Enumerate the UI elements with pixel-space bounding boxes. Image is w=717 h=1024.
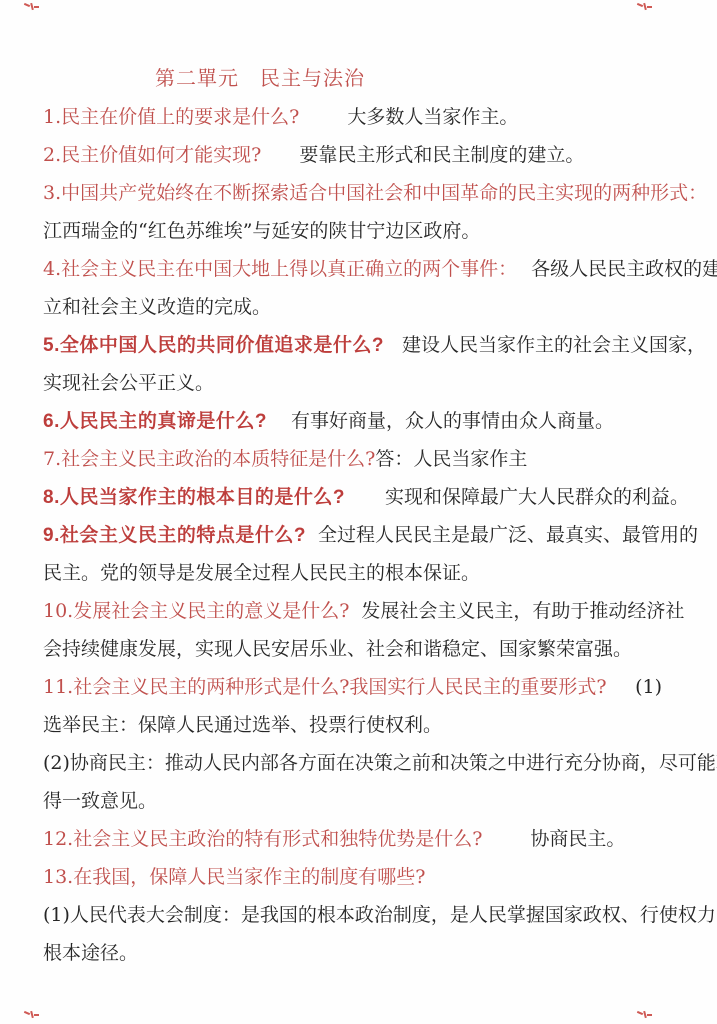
answer-text: 实现社会公平正义。	[43, 372, 214, 394]
text-line: (2)协商民主：推动人民内部各方面在决策之前和决策之中进行充分协商，尽可能取	[43, 744, 692, 782]
text-line: 实现社会公平正义。	[43, 364, 692, 402]
answer-text: 大多数人当家作主。	[347, 106, 518, 128]
document-page: 第二單元 民主与法治 1.民主在价值上的要求是什么?大多数人当家作主。2.民主价…	[0, 0, 717, 1024]
question-text: 5.全体中国人民的共同价值追求是什么?	[43, 335, 384, 356]
text-line: 选举民主：保障人民通过选举、投票行使权利。	[43, 706, 692, 744]
answer-text: 全过程人民民主是最广泛、最真实、最管用的	[318, 524, 698, 546]
question-text: 6.人民民主的真谛是什么?	[43, 411, 267, 432]
answer-text: 答：人民当家作主	[375, 448, 527, 470]
question-text: 3.中国共产党始终在不断探索适合中国社会和中国革命的民主实现的两种形式：	[43, 182, 707, 204]
text-line: 5.全体中国人民的共同价值追求是什么?建设人民当家作主的社会主义国家，	[43, 326, 692, 364]
answer-text: 要靠民主形式和民主制度的建立。	[299, 144, 584, 166]
question-text: 11.社会主义民主的两种形式是什么?我国实行人民民主的重要形式?	[43, 676, 607, 698]
question-text: 2.民主价值如何才能实现?	[43, 144, 261, 166]
text-line: 6.人民民主的真谛是什么?有事好商量，众人的事情由众人商量。	[43, 402, 692, 440]
answer-text: 立和社会主义改造的完成。	[43, 296, 271, 318]
answer-text: (1)人民代表大会制度：是我国的根本政治制度，是人民掌握国家政权、行使权力的	[43, 904, 717, 926]
text-line: (1)人民代表大会制度：是我国的根本政治制度，是人民掌握国家政权、行使权力的	[43, 896, 692, 934]
answer-text: 有事好商量，众人的事情由众人商量。	[291, 410, 614, 432]
text-line: 根本途径。	[43, 934, 692, 972]
answer-text: 建设人民当家作主的社会主义国家，	[402, 334, 706, 356]
question-text: 10.发展社会主义民主的意义是什么?	[43, 600, 349, 622]
page-title: 第二單元 民主与法治	[43, 58, 692, 98]
document-body: 1.民主在价值上的要求是什么?大多数人当家作主。2.民主价值如何才能实现?要靠民…	[43, 98, 692, 972]
answer-text: 会持续健康发展，实现人民安居乐业、社会和谐稳定、国家繁荣富强。	[43, 638, 632, 660]
answer-text: 选举民主：保障人民通过选举、投票行使权利。	[43, 714, 442, 736]
answer-text: 江西瑞金的“红色苏维埃”与延安的陕甘宁边区政府。	[43, 220, 480, 242]
text-line: 10.发展社会主义民主的意义是什么?发展社会主义民主，有助于推动经济社	[43, 592, 692, 630]
question-text: 7.社会主义民主政治的本质特征是什么?	[43, 448, 375, 470]
answer-text: 协商民主。	[530, 828, 625, 850]
answer-text: 发展社会主义民主，有助于推动经济社	[361, 600, 684, 622]
answer-text: (2)协商民主：推动人民内部各方面在决策之前和决策之中进行充分协商，尽可能取	[43, 752, 717, 774]
text-line: 9.社会主义民主的特点是什么?全过程人民民主是最广泛、最真实、最管用的	[43, 516, 692, 554]
text-line: 1.民主在价值上的要求是什么?大多数人当家作主。	[43, 98, 692, 136]
text-line: 7.社会主义民主政治的本质特征是什么?答：人民当家作主	[43, 440, 692, 478]
answer-text: (1)	[635, 668, 662, 706]
question-text: 8.人民当家作主的根本目的是什么?	[43, 487, 345, 508]
answer-text: 各级人民民主政权的建	[531, 258, 717, 280]
text-line: 3.中国共产党始终在不断探索适合中国社会和中国革命的民主实现的两种形式：	[43, 174, 692, 212]
red-corner-fragment-top-right	[637, 3, 652, 12]
text-line: 11.社会主义民主的两种形式是什么?我国实行人民民主的重要形式?(1)	[43, 668, 692, 706]
red-corner-fragment-bottom-right	[637, 1011, 652, 1020]
text-line: 民主。党的领导是发展全过程人民民主的根本保证。	[43, 554, 692, 592]
text-line: 2.民主价值如何才能实现?要靠民主形式和民主制度的建立。	[43, 136, 692, 174]
document-content: 第二單元 民主与法治 1.民主在价值上的要求是什么?大多数人当家作主。2.民主价…	[0, 0, 717, 972]
question-text: 9.社会主义民主的特点是什么?	[43, 525, 306, 546]
red-corner-fragment-bottom-left	[24, 1011, 39, 1020]
text-line: 8.人民当家作主的根本目的是什么?实现和保障最广大人民群众的利益。	[43, 478, 692, 516]
text-line: 12.社会主义民主政治的特有形式和独特优势是什么?协商民主。	[43, 820, 692, 858]
red-corner-fragment-top-left	[24, 3, 39, 12]
question-text: 12.社会主义民主政治的特有形式和独特优势是什么?	[43, 828, 482, 850]
answer-text: 得一致意见。	[43, 790, 157, 812]
answer-text: 根本途径。	[43, 942, 138, 964]
question-text: 13.在我国，保障人民当家作主的制度有哪些?	[43, 866, 425, 888]
text-line: 13.在我国，保障人民当家作主的制度有哪些?	[43, 858, 692, 896]
question-text: 4.社会主义民主在中国大地上得以真正确立的两个事件：	[43, 258, 517, 280]
text-line: 会持续健康发展，实现人民安居乐业、社会和谐稳定、国家繁荣富强。	[43, 630, 692, 668]
answer-text: 实现和保障最广大人民群众的利益。	[385, 486, 689, 508]
text-line: 4.社会主义民主在中国大地上得以真正确立的两个事件：各级人民民主政权的建	[43, 250, 692, 288]
text-line: 立和社会主义改造的完成。	[43, 288, 692, 326]
text-line: 江西瑞金的“红色苏维埃”与延安的陕甘宁边区政府。	[43, 212, 692, 250]
text-line: 得一致意见。	[43, 782, 692, 820]
question-text: 1.民主在价值上的要求是什么?	[43, 106, 299, 128]
answer-text: 民主。党的领导是发展全过程人民民主的根本保证。	[43, 562, 480, 584]
